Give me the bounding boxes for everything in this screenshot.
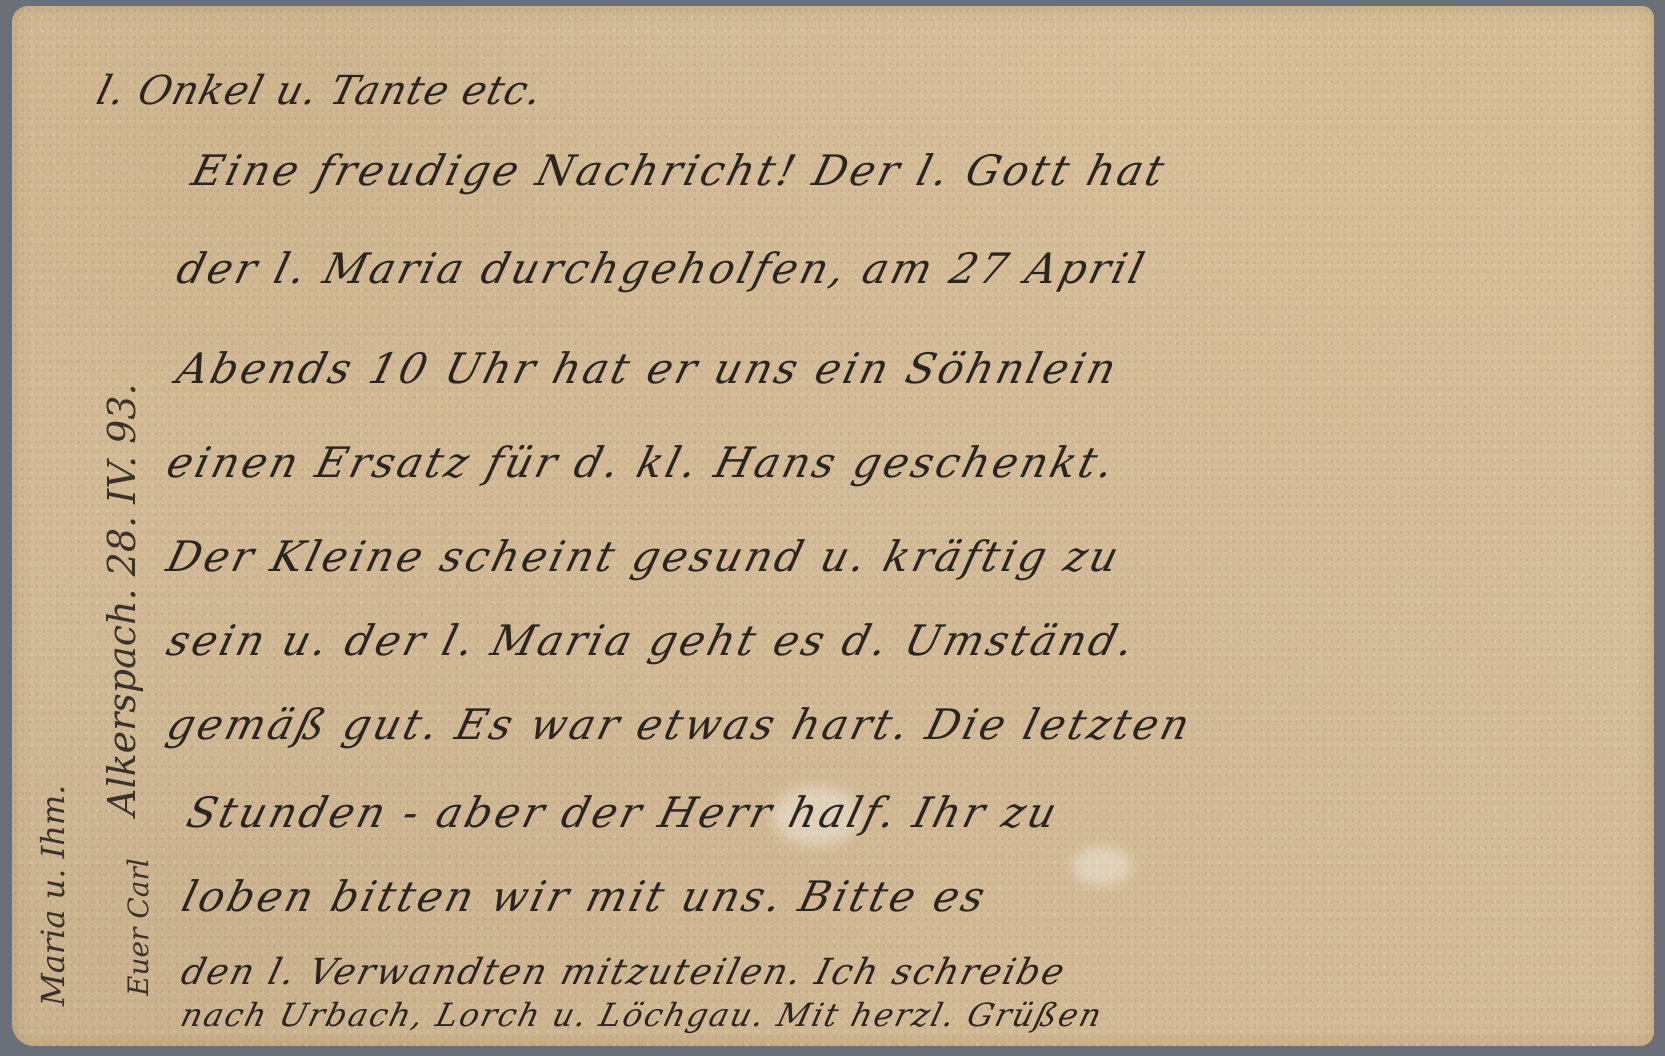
body-line-3: Abends 10 Uhr hat er uns ein Söhnlein xyxy=(172,344,1124,393)
body-line-8: Stunden - aber der Herr half. Ihr zu xyxy=(182,788,1065,837)
body-line-4: einen Ersatz für d. kl. Hans geschenkt. xyxy=(162,438,1122,487)
body-line-5: Der Kleine scheint gesund u. kräftig zu xyxy=(162,532,1126,581)
margin-note-place-date: Alkerspach. 28. IV. 93. xyxy=(100,383,144,816)
body-line-1: Eine freudige Nachricht! Der l. Gott hat xyxy=(187,146,1172,195)
paper-stain xyxy=(1072,846,1132,886)
body-line-6: sein u. der l. Maria geht es d. Umständ. xyxy=(162,616,1142,665)
body-line-10: den l. Verwandten mitzuteilen. Ich schre… xyxy=(177,952,1070,993)
greeting-line: l. Onkel u. Tante etc. xyxy=(92,68,547,114)
photo-background: l. Onkel u. Tante etc. Eine freudige Nac… xyxy=(0,0,1665,1056)
body-line-7: gemäß gut. Es war etwas hart. Die letzte… xyxy=(162,700,1197,749)
body-line-2: der l. Maria durchgeholfen, am 27 April xyxy=(172,244,1152,293)
margin-note-signature-2: Maria u. Ihm. xyxy=(34,785,72,1006)
body-line-9: loben bitten wir mit uns. Bitte es xyxy=(177,872,993,921)
margin-note-signature-1: Euer Carl xyxy=(122,858,155,996)
body-line-11: nach Urbach, Lorch u. Löchgau. Mit herzl… xyxy=(177,996,1107,1034)
postcard: l. Onkel u. Tante etc. Eine freudige Nac… xyxy=(12,6,1654,1046)
